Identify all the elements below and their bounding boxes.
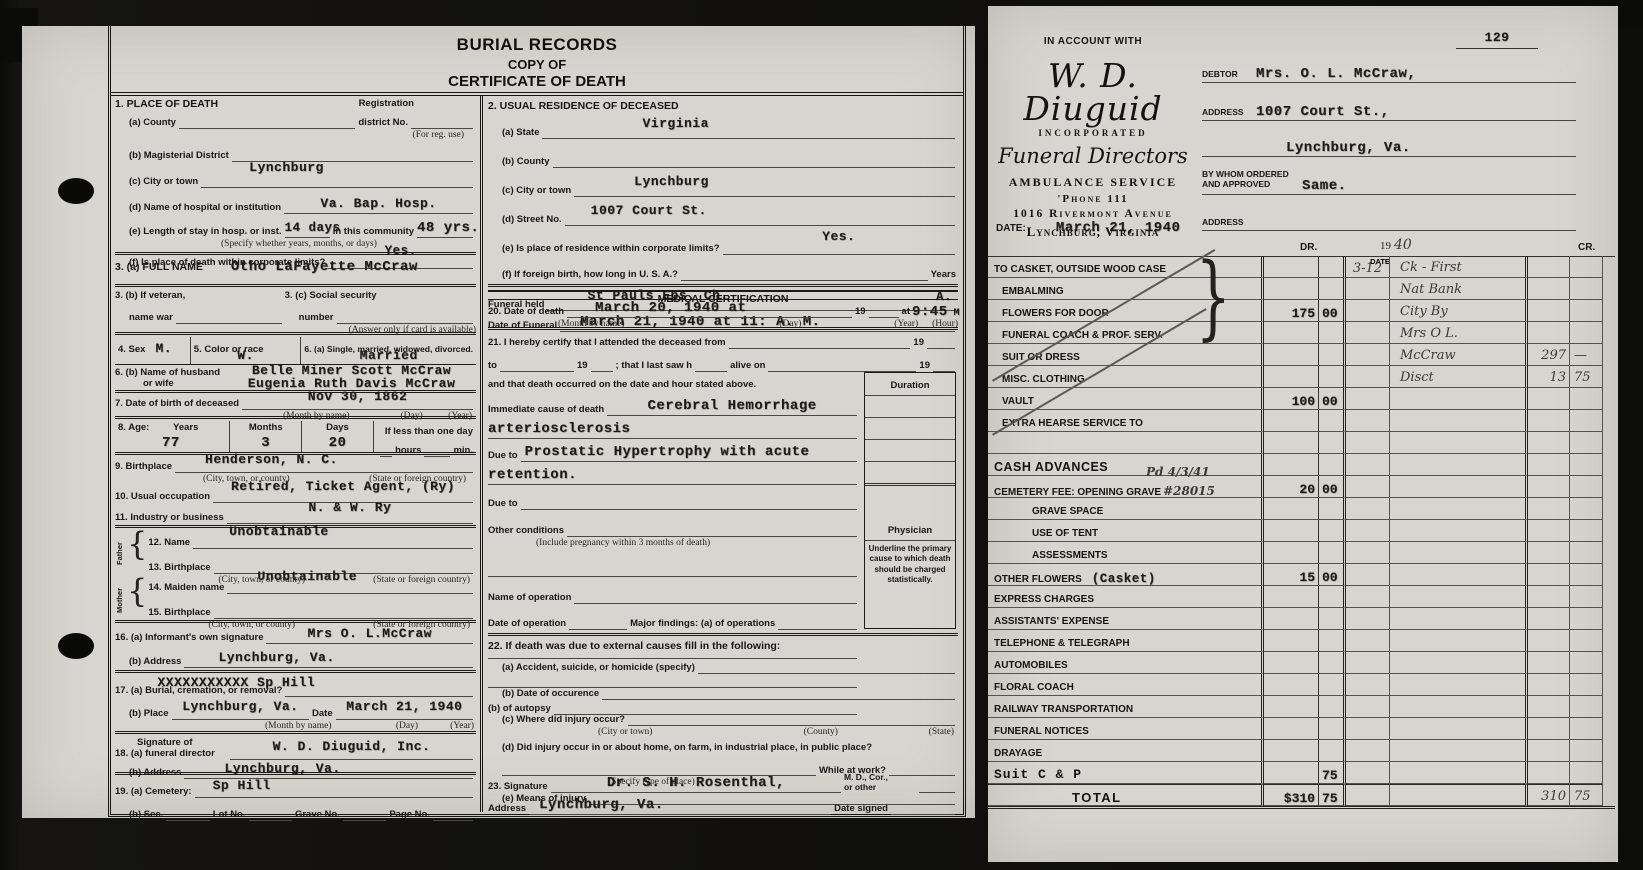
decor: ADDRESS — [1202, 107, 1244, 118]
form-row: arteriosclerosis — [488, 426, 860, 439]
ledger-label-text: TOTAL — [1072, 790, 1122, 805]
year-handwritten: 40 — [1394, 237, 1412, 253]
decor — [865, 440, 955, 462]
form-label: Grave No. — [295, 810, 340, 821]
form-row: (b) Date of occurence — [488, 687, 958, 700]
form-row: (a) Countydistrict No. — [115, 116, 476, 129]
form-row: Due toProstatic Hypertrophy with acute — [488, 449, 860, 462]
ledger-label: GRAVE SPACE — [988, 498, 1264, 520]
form-label: Duration — [890, 380, 929, 391]
residence-street-value: 1007 Court St. — [591, 205, 955, 217]
ledger-date — [1346, 410, 1390, 432]
ledger-date — [1346, 454, 1390, 476]
ledger-label-text: DRAYAGE — [994, 748, 1042, 759]
ledger-credit-dollars — [1528, 608, 1570, 630]
ledger-credit-dollars — [1528, 542, 1570, 564]
ledger-date — [1346, 300, 1390, 322]
ledger-credit-cents — [1570, 476, 1603, 498]
decor: 3. (c) Social security number (Answer on… — [285, 289, 476, 332]
form-row: (e) Length of stay in hosp. or inst.14 d… — [115, 225, 476, 238]
caption: (Year) — [450, 721, 474, 731]
ledger-debit-cents: 00 — [1319, 564, 1346, 586]
blank-line — [411, 116, 473, 129]
ledger-debit-dollars: 15 — [1264, 564, 1319, 586]
form-row: (City or town)(County)(State) — [488, 727, 958, 737]
residence-corporate-value: Yes. — [723, 231, 956, 243]
debtor-city-value: Lynchburg, Va. — [1286, 142, 1411, 154]
ledger-date — [1346, 630, 1390, 652]
blank-line: Cerebral Hemorrhage — [607, 403, 857, 416]
ordered-by-row: BY WHOM ORDEREDAND APPROVEDSame. — [1202, 158, 1576, 195]
blank-line: 1007 Court St. — [565, 213, 955, 226]
form-label: (b) Place — [129, 709, 169, 720]
form-label: (f) If foreign birth, how long in U. S. … — [502, 270, 678, 281]
ledger-credit-cents — [1570, 498, 1603, 520]
ledger-debit-dollars — [1264, 432, 1319, 454]
blank-line: Unobtainable — [227, 581, 473, 594]
ledger-label-text: GRAVE SPACE — [1032, 506, 1103, 517]
age-years-value: 77 — [162, 437, 226, 449]
birth-date-value: Nov 30, 1862 — [242, 391, 473, 403]
ledger-date — [1346, 388, 1390, 410]
form-label: 19 — [577, 361, 588, 372]
blank-line: Yes. — [723, 242, 956, 255]
ledger-label-text: FUNERAL NOTICES — [994, 726, 1089, 737]
ledger-debit-dollars — [1264, 454, 1319, 476]
ledger-note: Ck - First — [1390, 256, 1528, 278]
form-label: (d) Name of hospital or institution — [129, 203, 281, 214]
physician-note: Underline the primary cause to which dea… — [865, 544, 955, 586]
form-label: (c) City or town — [129, 177, 198, 188]
form-row: (b) County — [488, 155, 958, 168]
decor: 4. SexM. — [115, 337, 191, 364]
blank-line: Lynchburg, Va. — [172, 707, 309, 720]
form-label: (d) Did injury occur in or about home, o… — [502, 743, 958, 754]
blank-line — [433, 808, 473, 821]
form-label: (b) Address — [129, 657, 181, 668]
due-to-value: Prostatic Hypertrophy with acute — [525, 446, 857, 458]
firm-type: Funeral Directors — [988, 146, 1198, 167]
section-birthplace: 9. BirthplaceHenderson, N. C. (City, tow… — [115, 452, 476, 480]
form-row: (e) Is place of residence within corpora… — [488, 242, 958, 255]
decor: DEBTOR — [1202, 69, 1238, 80]
ledger-row: TOTAL$3107531075 — [988, 784, 1615, 806]
account-date-value: March 21, 1940 — [1056, 222, 1181, 234]
ledger-date — [1346, 366, 1390, 388]
blank-line — [166, 808, 209, 821]
decor: A.9:45M — [910, 304, 958, 318]
section-date-of-death: 20. Date of deathMarch 20, 1940 at19atA.… — [488, 299, 958, 327]
ledger-credit-cents — [1570, 564, 1603, 586]
decor: 1. PLACE OF DEATHRegistration (a) County… — [111, 96, 963, 812]
funeral-director-value: W. D. Diuguid, Inc. — [230, 741, 473, 753]
blank-line: March 20, 1940 at — [567, 305, 852, 318]
form-label: 14. Maiden name — [148, 583, 224, 594]
form-row: (a) Accident, suicide, or homicide (spec… — [488, 661, 958, 674]
decor: BY WHOM ORDERED — [1202, 169, 1289, 180]
ledger-label: VAULT — [988, 388, 1264, 410]
ledger-label-text: FLORAL COACH — [994, 682, 1074, 693]
form-label: or other — [844, 783, 916, 793]
form-row: 14. Maiden nameUnobtainable — [148, 581, 476, 594]
form-label: Years — [173, 423, 198, 434]
ledger-debit-dollars — [1264, 322, 1319, 344]
account-page: 129 IN ACCOUNT WITH W. D. Diuguid INCORP… — [988, 6, 1618, 862]
blank-line: W. D. Diuguid, Inc. — [230, 747, 473, 760]
informant-address-value: Lynchburg, Va. — [218, 652, 473, 664]
ledger-label-text: FUNERAL COACH & PROF. SERV. — [1002, 330, 1163, 341]
ambulance-service: AMBULANCE SERVICE — [988, 175, 1198, 190]
section-parents: Father{ 12. NameUnobtainable 13. Birthpl… — [115, 525, 476, 620]
ledger-note — [1390, 432, 1528, 454]
handwritten-grave-number: #28015 — [1163, 484, 1215, 498]
form-label: Date — [312, 709, 333, 720]
ledger-credit-dollars — [1528, 454, 1570, 476]
ledger-debit-dollars — [1264, 542, 1319, 564]
decor: ADDRESS — [1202, 217, 1244, 228]
ledger-label-text: MISC. CLOTHING — [1002, 374, 1085, 385]
ledger-credit-dollars — [1528, 652, 1570, 674]
debtor-row: DEBTORMrs. O. L. McCraw, — [1202, 50, 1576, 83]
form-label: DR. — [1300, 242, 1317, 254]
blank-line: Va. Bap. Hosp. — [284, 201, 473, 214]
form-row: 23. SignatureDr. S. H. Rosenthal,M. D., … — [488, 773, 958, 793]
ledger-debit-dollars — [1264, 740, 1319, 762]
blank-line — [869, 305, 899, 318]
ledger-debit-cents — [1319, 740, 1346, 762]
ledger-credit-dollars: 13 — [1528, 366, 1570, 388]
form-label: and that death occurred on the date and … — [488, 380, 756, 391]
ledger-date — [1346, 674, 1390, 696]
form-row: Name of operation — [488, 591, 860, 604]
decor: 5. Color or raceW. — [191, 337, 302, 364]
decor — [865, 418, 955, 440]
punch-hole — [58, 178, 94, 204]
ledger-debit-dollars: 20 — [1264, 476, 1319, 498]
section-age: 8. Age:Years77 Months3 Days20 If less th… — [115, 416, 476, 452]
blank-line: retention. — [488, 472, 857, 485]
form-row: (b) Sec.Lot No.Grave No.Page No. — [115, 808, 476, 821]
form-row: (For reg. use) — [115, 130, 476, 140]
form-row: (c) City or townLynchburg — [488, 184, 958, 197]
form-label: name war — [129, 313, 173, 324]
ledger-date — [1346, 608, 1390, 630]
occupation-value: Retired, Ticket Agent, (Ry) — [213, 481, 473, 493]
ledger-debit-cents — [1319, 454, 1346, 476]
ledger-credit-dollars — [1528, 674, 1570, 696]
ledger-credit-dollars — [1528, 388, 1570, 410]
ledger-debit-cents: 75 — [1319, 762, 1346, 784]
decor: Father — [115, 530, 126, 577]
blank-line: Lynchburg, Va. — [184, 655, 473, 668]
form-label: 3. (b) If veteran, — [115, 291, 285, 302]
form-label: Months — [233, 423, 298, 434]
ledger-row: FUNERAL COACH & PROF. SERV.Mrs O L. — [988, 322, 1615, 344]
ordered-by-value: Same. — [1302, 180, 1347, 192]
decor: 14. Maiden nameUnobtainable 15. Birthpla… — [148, 577, 476, 624]
decor: 129 — [1485, 30, 1510, 45]
age-days-value: 20 — [305, 437, 370, 449]
ledger-label-text: EXTRA HEARSE SERVICE TO — [1002, 418, 1143, 429]
ledger-note: Mrs O L. — [1390, 322, 1528, 344]
blank-line — [569, 617, 627, 630]
form-label: Name of operation — [488, 593, 571, 604]
ledger-credit-cents — [1570, 762, 1603, 784]
decor: TO CASKET, OUTSIDE WOOD CASE3-12Ck - Fir… — [988, 256, 1615, 806]
blank-line: N. & W. Ry — [227, 511, 473, 524]
form-label: 9. Birthplace — [115, 462, 172, 473]
industry-value: N. & W. Ry — [227, 502, 473, 514]
blank-line: March 21, 1940 — [336, 707, 473, 720]
section-industry: 11. Industry or businessN. & W. Ry — [115, 504, 476, 525]
blank-line — [695, 359, 727, 372]
ledger-row: Suit C & P75 — [988, 762, 1615, 784]
physician-signature-value: Dr. S. H. Rosenthal, — [551, 777, 841, 789]
blank-line: Prostatic Hypertrophy with acute — [521, 449, 857, 462]
birthplace-value: Henderson, N. C. — [205, 454, 473, 466]
ledger-row: ASSESSMENTS — [988, 542, 1615, 564]
ledger-debit-dollars — [1264, 762, 1319, 784]
ledger-debit-cents — [1319, 344, 1346, 366]
decor: If less than one dayhoursmin. — [374, 421, 476, 452]
ledger-debit-cents — [1319, 278, 1346, 300]
ledger-row: FLORAL COACH — [988, 674, 1615, 696]
form-label: 4. Sex — [118, 344, 145, 355]
ledger-row: TO CASKET, OUTSIDE WOOD CASE3-12Ck - Fir… — [988, 256, 1615, 278]
ledger-date — [1346, 652, 1390, 674]
form-label: (c) Where did injury occur? — [502, 715, 625, 726]
burial-type-value: XXXXXXXXXXX Sp Hill — [157, 677, 473, 689]
ledger-row: DRAYAGE — [988, 740, 1615, 762]
form-label: If less than one day — [385, 427, 473, 438]
ledger-debit-dollars — [1264, 696, 1319, 718]
ledger-label-text: USE OF TENT — [1032, 528, 1098, 539]
decor: Months3 — [230, 421, 302, 452]
form-row: Date of operationMajor findings: (a) of … — [488, 617, 860, 630]
blank-line — [553, 155, 956, 168]
ledger-credit-dollars — [1528, 476, 1570, 498]
ledger-credit-dollars — [1528, 322, 1570, 344]
ledger-credit-cents — [1570, 256, 1603, 278]
form-label: 10. Usual occupation — [115, 492, 210, 503]
decor: Days20 — [302, 421, 374, 452]
decor: AND APPROVED — [1202, 179, 1289, 190]
title-burial-records: BURIAL RECORDS — [111, 35, 963, 55]
ledger-date — [1346, 542, 1390, 564]
form-row: 1. PLACE OF DEATHRegistration — [115, 98, 476, 110]
certificate-page: BURIAL RECORDS COPY OF CERTIFICATE OF DE… — [22, 26, 975, 818]
decor: Mother — [115, 577, 126, 624]
ledger-debit-cents: 00 — [1319, 476, 1346, 498]
ledger-credit-dollars — [1528, 278, 1570, 300]
ledger-row: SUIT OR DRESSMcCraw297— — [988, 344, 1615, 366]
ledger-debit-cents — [1319, 322, 1346, 344]
ledger-date — [1346, 476, 1390, 498]
blank-line: Lynchburg — [574, 184, 955, 197]
blank-line — [179, 116, 355, 129]
form-label: 19. (a) Cemetery: — [115, 787, 192, 798]
ledger-note — [1390, 542, 1528, 564]
ledger-debit-cents — [1319, 432, 1346, 454]
ledger-debit-dollars: 175 — [1264, 300, 1319, 322]
certificate-left-column: 1. PLACE OF DEATHRegistration (a) County… — [111, 96, 483, 812]
form-label: Registration — [359, 99, 414, 110]
title-copy-of: COPY OF — [111, 57, 963, 72]
ledger-label: CASH ADVANCES — [988, 454, 1264, 476]
ledger-note — [1390, 696, 1528, 718]
decor: { — [127, 577, 147, 624]
ledger-row: ASSISTANTS' EXPENSE — [988, 608, 1615, 630]
form-row: 6. (b) Name of husbandor wife Belle Mine… — [115, 367, 476, 390]
ledger-row: EXTRA HEARSE SERVICE TO — [988, 410, 1615, 432]
due-to-value-2: retention. — [488, 469, 857, 481]
ledger-date — [1346, 344, 1390, 366]
ledger-credit-dollars — [1528, 630, 1570, 652]
ledger-credit-dollars — [1528, 520, 1570, 542]
ledger-debit-cents — [1319, 674, 1346, 696]
caption: (City or town) — [598, 727, 652, 737]
ledger-credit-cents: 75 — [1570, 366, 1603, 388]
form-row: (b) PlaceLynchburg, Va.DateMarch 21, 194… — [115, 707, 476, 720]
form-label: Other conditions — [488, 526, 564, 537]
form-row: Immediate cause of deathCerebral Hemorrh… — [488, 403, 860, 416]
caption: (For reg. use) — [413, 130, 464, 140]
ledger-label-text: FLOWERS FOR DOOR — [1002, 308, 1109, 319]
ledger-label: EXPRESS CHARGES — [988, 586, 1264, 608]
blank-line — [500, 359, 574, 372]
form-row: (f) If foreign birth, how long in U. S. … — [488, 268, 958, 281]
form-row: 3. (a) FULL NAMEOtho LaFayette McCraw — [115, 261, 476, 273]
form-label: (a) County — [129, 118, 176, 129]
ledger-credit-cents — [1570, 300, 1603, 322]
phone: 'Phone 111 — [988, 193, 1198, 205]
ledger-label: TOTAL — [988, 784, 1264, 806]
blank-line: Dr. S. H. Rosenthal, — [551, 780, 841, 793]
section-usual-residence: 2. USUAL RESIDENCE OF DECEASED (a) State… — [488, 96, 958, 284]
ledger-date — [1346, 278, 1390, 300]
ledger-date — [1346, 498, 1390, 520]
ledger-label: AUTOMOBILES — [988, 652, 1264, 674]
blank-line — [768, 359, 916, 372]
brace: } — [1196, 253, 1231, 341]
section-occupation: 10. Usual occupationRetired, Ticket Agen… — [115, 480, 476, 504]
ledger-credit-dollars — [1528, 256, 1570, 278]
ledger-debit-dollars: 100 — [1264, 388, 1319, 410]
ledger-label: OTHER FLOWERS(Casket) — [988, 564, 1264, 586]
form-label: 19 — [919, 361, 930, 372]
ledger-note: City By — [1390, 300, 1528, 322]
ledger-credit-dollars — [1528, 300, 1570, 322]
blank-line — [729, 336, 911, 349]
form-row: 12. NameUnobtainable — [148, 536, 476, 549]
blank-line: 14 days — [285, 225, 330, 238]
death-ampm-bottom: M — [953, 308, 960, 320]
form-label: 20. Date of death — [488, 307, 564, 318]
ledger-debit-dollars — [1264, 410, 1319, 432]
ledger-credit-cents — [1570, 718, 1603, 740]
ledger-debit-dollars — [1264, 608, 1319, 630]
ledger-note — [1390, 784, 1528, 806]
ledger-credit-dollars — [1528, 586, 1570, 608]
form-row: 17. (a) Burial, cremation, or removal?XX… — [115, 684, 476, 697]
debtor-address-value: 1007 Court St., — [1256, 106, 1390, 118]
ledger-note — [1390, 630, 1528, 652]
ledger-debit-dollars — [1264, 344, 1319, 366]
blank-line — [249, 808, 292, 821]
ledger-label: DRAYAGE — [988, 740, 1264, 762]
ledger-debit-cents: 00 — [1319, 388, 1346, 410]
form-label: 13. Birthplace — [148, 563, 210, 574]
letterhead: IN ACCOUNT WITH W. D. Diuguid INCORPORAT… — [988, 36, 1198, 240]
form-label: Immediate cause of death — [488, 405, 604, 416]
form-label: 8. Age: — [118, 423, 149, 434]
form-label: district No. — [358, 118, 408, 129]
decor: 14 days — [285, 222, 330, 234]
ledger-grid: TO CASKET, OUTSIDE WOOD CASE3-12Ck - Fir… — [988, 256, 1615, 809]
ledger-credit-cents: 75 — [1570, 784, 1603, 806]
ledger-date — [1346, 322, 1390, 344]
ledger-label: CEMETERY FEE: OPENING GRAVEPd 4/3/41#280… — [988, 476, 1264, 498]
ledger-label: FLORAL COACH — [988, 674, 1264, 696]
ledger-column-headers: DR. 1940 CR. — [988, 238, 1615, 257]
ledger-debit-dollars — [1264, 256, 1319, 278]
blank-line — [602, 687, 955, 700]
ledger-debit-dollars — [1264, 674, 1319, 696]
section-burial: 17. (a) Burial, cremation, or removal?XX… — [115, 670, 476, 731]
ledger-label: Suit C & P — [988, 762, 1264, 784]
blank-line — [628, 713, 955, 726]
ledger-debit-dollars — [1264, 652, 1319, 674]
section-spouse: 6. (b) Name of husbandor wife Belle Mine… — [115, 364, 476, 390]
blank-line — [337, 311, 474, 324]
ledger-debit-cents — [1319, 586, 1346, 608]
blank-line: 48 yrs. — [417, 225, 473, 238]
ledger-row: CEMETERY FEE: OPENING GRAVEPd 4/3/41#280… — [988, 476, 1615, 498]
second-address-row: ADDRESS — [1202, 202, 1576, 231]
blank-line: Henderson, N. C. — [175, 460, 473, 473]
ledger-date — [1346, 696, 1390, 718]
ledger-label-text: CASH ADVANCES — [994, 460, 1108, 474]
form-label: Major findings: (a) of operations — [630, 619, 775, 630]
ledger-row: RAILWAY TRANSPORTATION — [988, 696, 1615, 718]
form-row: (c) Where did injury occur? — [488, 713, 958, 726]
form-label: 23. Signature — [488, 782, 548, 793]
caption: (Include pregnancy within 3 months of de… — [536, 538, 710, 548]
ledger-label-text: ASSESSMENTS — [1032, 550, 1108, 561]
ledger-debit-dollars — [1264, 366, 1319, 388]
ledger-label: TELEPHONE & TELEGRAPH — [988, 630, 1264, 652]
ledger-note: Nat Bank — [1390, 278, 1528, 300]
decor: Lynchburg — [249, 162, 473, 174]
ledger-note — [1390, 740, 1528, 762]
blank-line: Virginia — [542, 126, 955, 139]
form-label: 15. Birthplace — [148, 608, 210, 619]
burial-place-value: Lynchburg, Va. — [172, 701, 309, 713]
form-label: 1. PLACE OF DEATH — [115, 98, 218, 110]
form-label: (a) State — [502, 128, 539, 139]
blank-line: Sp Hill — [195, 785, 473, 798]
form-row: (d) Name of hospital or institutionVa. B… — [115, 201, 476, 214]
ledger-note — [1390, 498, 1528, 520]
burial-date-value: March 21, 1940 — [336, 701, 473, 713]
ledger-note — [1390, 410, 1528, 432]
blank-line: Unobtainable — [193, 536, 473, 549]
blank-line — [591, 359, 613, 372]
decor: 3. (b) If veteran, name war — [115, 289, 285, 332]
decor: Mother{ 14. Maiden nameUnobtainable 15. … — [115, 577, 476, 624]
form-row: retention. — [488, 472, 860, 485]
form-label: (b) County — [502, 157, 550, 168]
